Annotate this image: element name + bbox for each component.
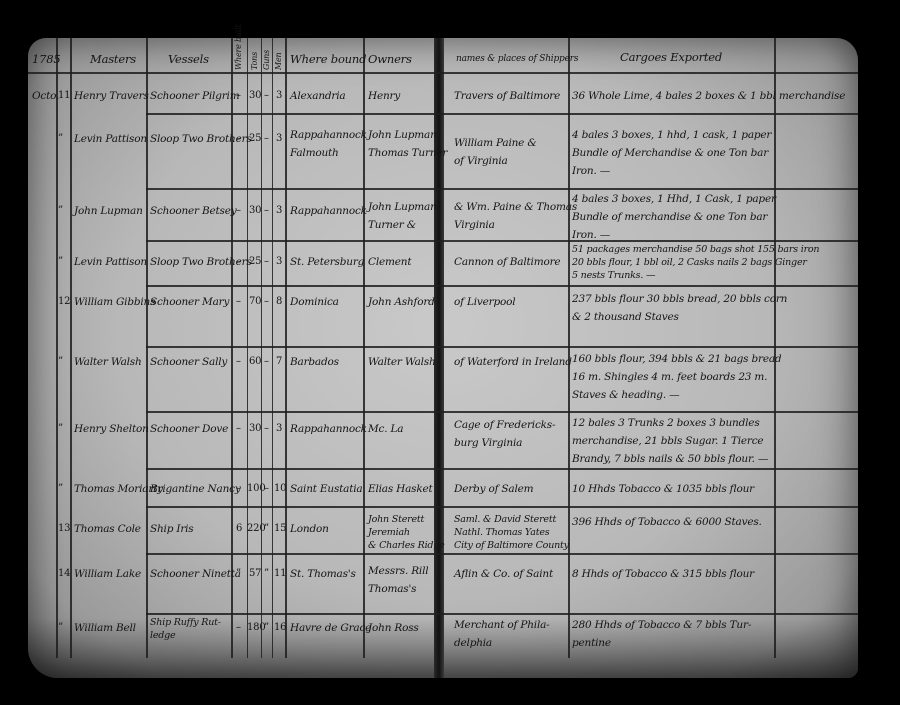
entry-men: 8 [276,296,282,307]
entry-owners: Messrs. Rill Thomas's [368,562,428,598]
entry-bound: Havre de Grace [290,622,371,634]
entry-owners: John Ashford [368,296,435,308]
rule-tons [261,38,262,658]
entry-cargo: 160 bbls flour, 394 bbls & 21 bags bread… [572,350,781,404]
entry-tons: 30 [249,90,261,101]
entry-day: 12 [58,296,70,307]
entry-owners: John Sterett Jeremiah & Charles Ridge [368,513,445,552]
header-tons: Tons [250,52,259,70]
entry-guns: – [264,423,269,434]
entry-master: Levin Pattison [74,133,147,145]
entry-cargo: 10 Hhds Tobacco & 1035 bbls flour [572,483,754,495]
rule-cargo [774,38,776,658]
ledger-book: 1785 Masters Vessels Where built Tons Gu… [28,38,858,678]
entry-men: 3 [276,256,282,267]
entry-master: William Bell [74,622,136,634]
entry-tons: 25 [249,256,261,267]
row-rule [146,346,858,348]
entry-men: 16 [274,622,286,633]
header-guns: Guns [262,50,271,70]
entry-shipper: Saml. & David Sterett Nathl. Thomas Yate… [454,513,569,552]
entry-day: ” [58,622,63,633]
entry-guns: ” [264,622,269,633]
entry-cargo: 4 bales 3 boxes, 1 hhd, 1 cask, 1 paper … [572,126,771,180]
entry-cargo: 4 bales 3 boxes, 1 Hhd, 1 Cask, 1 paper … [572,190,776,244]
entry-guns: – [264,296,269,307]
entry-shipper: & Wm. Paine & Thomas Virginia [454,198,577,234]
entry-master: Levin Pattison [74,256,147,268]
row-rule [146,506,858,508]
entry-month: Octo. [32,90,59,102]
entry-tons: 180 [247,622,266,633]
entry-guns: – [264,90,269,101]
entry-master: William Gibbins [74,296,155,308]
entry-men: 3 [276,90,282,101]
entry-cargo: 396 Hhds of Tobacco & 6000 Staves. [572,516,762,528]
entry-bound: Rappahannock Falmouth [290,126,367,162]
entry-vessel: Brigantine Nancy [150,483,241,495]
entry-built: – [236,256,241,267]
entry-guns: – [264,205,269,216]
entry-master: Walter Walsh [74,356,142,368]
entry-bound: Rappahannock [290,423,367,435]
entry-tons: 100 [247,483,266,494]
entry-owners: Walter Walsh [368,356,436,368]
rule-date-day [70,38,72,658]
entry-shipper: Cannon of Baltimore [454,256,560,268]
entry-men: 3 [276,205,282,216]
entry-guns: – [264,356,269,367]
entry-men: 15 [274,523,286,534]
rule-men [285,38,287,658]
header-masters: Masters [90,52,136,66]
entry-day: 11 [58,90,70,101]
entry-bound: London [290,523,329,535]
entry-bound: Rappahannock [290,205,367,217]
entry-cargo: 237 bbls flour 30 bbls bread, 20 bbls co… [572,290,787,326]
header-rule [28,72,858,74]
entry-men: 11 [274,568,286,579]
entry-tons: 30 [249,423,261,434]
entry-men: 10 [274,483,286,494]
entry-tons: 60 [249,356,261,367]
entry-built: – [236,205,241,216]
entry-tons: 30 [249,205,261,216]
entry-cargo: 51 packages merchandise 50 bags shot 155… [572,243,819,282]
row-rule [146,113,858,115]
entry-shipper: of Waterford in Ireland [454,356,572,368]
entry-owners: Henry [368,90,400,102]
entry-built: – [236,622,241,633]
entry-day: ” [58,356,63,367]
row-rule [146,411,858,413]
rule-guns [272,38,273,658]
entry-built: – [236,296,241,307]
rule-vessels [231,38,233,658]
entry-tons: 70 [249,296,261,307]
entry-shipper: of Liverpool [454,296,515,308]
rule-shippers [568,38,570,658]
entry-vessel: Ship Ruffy Rut- ledge [150,616,221,642]
rule-masters [146,38,148,658]
entry-shipper: Cage of Fredericks- burg Virginia [454,416,555,452]
entry-shipper: Merchant of Phila- delphia [454,616,550,652]
entry-bound: St. Petersburg [290,256,364,268]
entry-bound: Dominica [290,296,339,308]
header-vessels: Vessels [168,52,209,66]
rule-date-left [56,38,58,658]
entry-built: – [236,483,241,494]
header-owners: Owners [368,52,412,66]
entry-bound: Alexandria [290,90,345,102]
entry-vessel: Schooner Pilgrim [150,90,239,102]
entry-shipper: William Paine & of Virginia [454,134,536,170]
header-where-built: Where built [234,24,243,70]
entry-built: – [236,356,241,367]
entry-owners: John Lupman Thomas Turner [368,126,447,162]
entry-owners: John Ross [368,622,419,634]
entry-master: John Lupman [74,205,143,217]
header-cargoes: Cargoes Exported [620,50,722,64]
entry-guns: – [264,133,269,144]
entry-vessel: Schooner Ninetta [150,568,241,580]
entry-guns: ” [264,523,269,534]
entry-day: ” [58,256,63,267]
entry-built: 6 [236,523,242,534]
entry-vessel: Schooner Sally [150,356,227,368]
entry-day: ” [58,483,63,494]
entry-bound: Barbados [290,356,339,368]
entry-day: ” [58,133,63,144]
entry-guns: – [264,256,269,267]
row-rule [146,613,858,615]
entry-shipper: Travers of Baltimore [454,90,560,102]
entry-men: 3 [276,423,282,434]
entry-vessel: Ship Iris [150,523,194,535]
entry-master: Thomas Cole [74,523,141,535]
rule-built [247,38,248,658]
entry-vessel: Schooner Betsey [150,205,237,217]
entry-shipper: Aflin & Co. of Saint [454,568,553,580]
entry-master: William Lake [74,568,141,580]
entry-built: ” [236,568,241,579]
entry-bound: St. Thomas's [290,568,356,580]
entry-day: 14 [58,568,70,579]
entry-tons: 220 [247,523,266,534]
entry-vessel: Schooner Dove [150,423,228,435]
entry-guns: ” [264,568,269,579]
entry-cargo: 280 Hhds of Tobacco & 7 bbls Tur- pentin… [572,616,751,652]
entry-tons: 25 [249,133,261,144]
entry-owners: Mc. La [368,423,403,435]
entry-men: 7 [276,356,282,367]
entry-day: ” [58,423,63,434]
header-shippers: names & places of Shippers [456,54,578,64]
entry-cargo: 8 Hhds of Tobacco & 315 bbls flour [572,568,754,580]
entry-built: – [236,133,241,144]
entry-cargo: 36 Whole Lime, 4 bales 2 boxes & 1 bbl m… [572,90,845,102]
row-rule [146,553,858,555]
entry-bound: Saint Eustatia [290,483,362,495]
entry-men: 3 [276,133,282,144]
entry-day: 13 [58,523,70,534]
entry-built: – [236,423,241,434]
row-rule [146,285,858,287]
entry-built: – [236,90,241,101]
entry-vessel: Schooner Mary [150,296,229,308]
entry-owners: John Lupman Turner & [368,198,437,234]
entry-day: ” [58,205,63,216]
header-year: 1785 [32,52,60,66]
entry-master: Henry Travers [74,90,149,102]
entry-shipper: Derby of Salem [454,483,533,495]
row-rule [146,468,858,470]
entry-cargo: 12 bales 3 Trunks 2 boxes 3 bundles merc… [572,414,768,468]
entry-guns: – [264,483,269,494]
entry-master: Henry Shelton [74,423,149,435]
header-where-bound: Where bound [290,52,366,66]
entry-tons: 57 [249,568,261,579]
entry-owners: Clement [368,256,411,268]
header-men: Men [274,53,283,70]
entry-owners: Elias Hasket [368,483,433,495]
